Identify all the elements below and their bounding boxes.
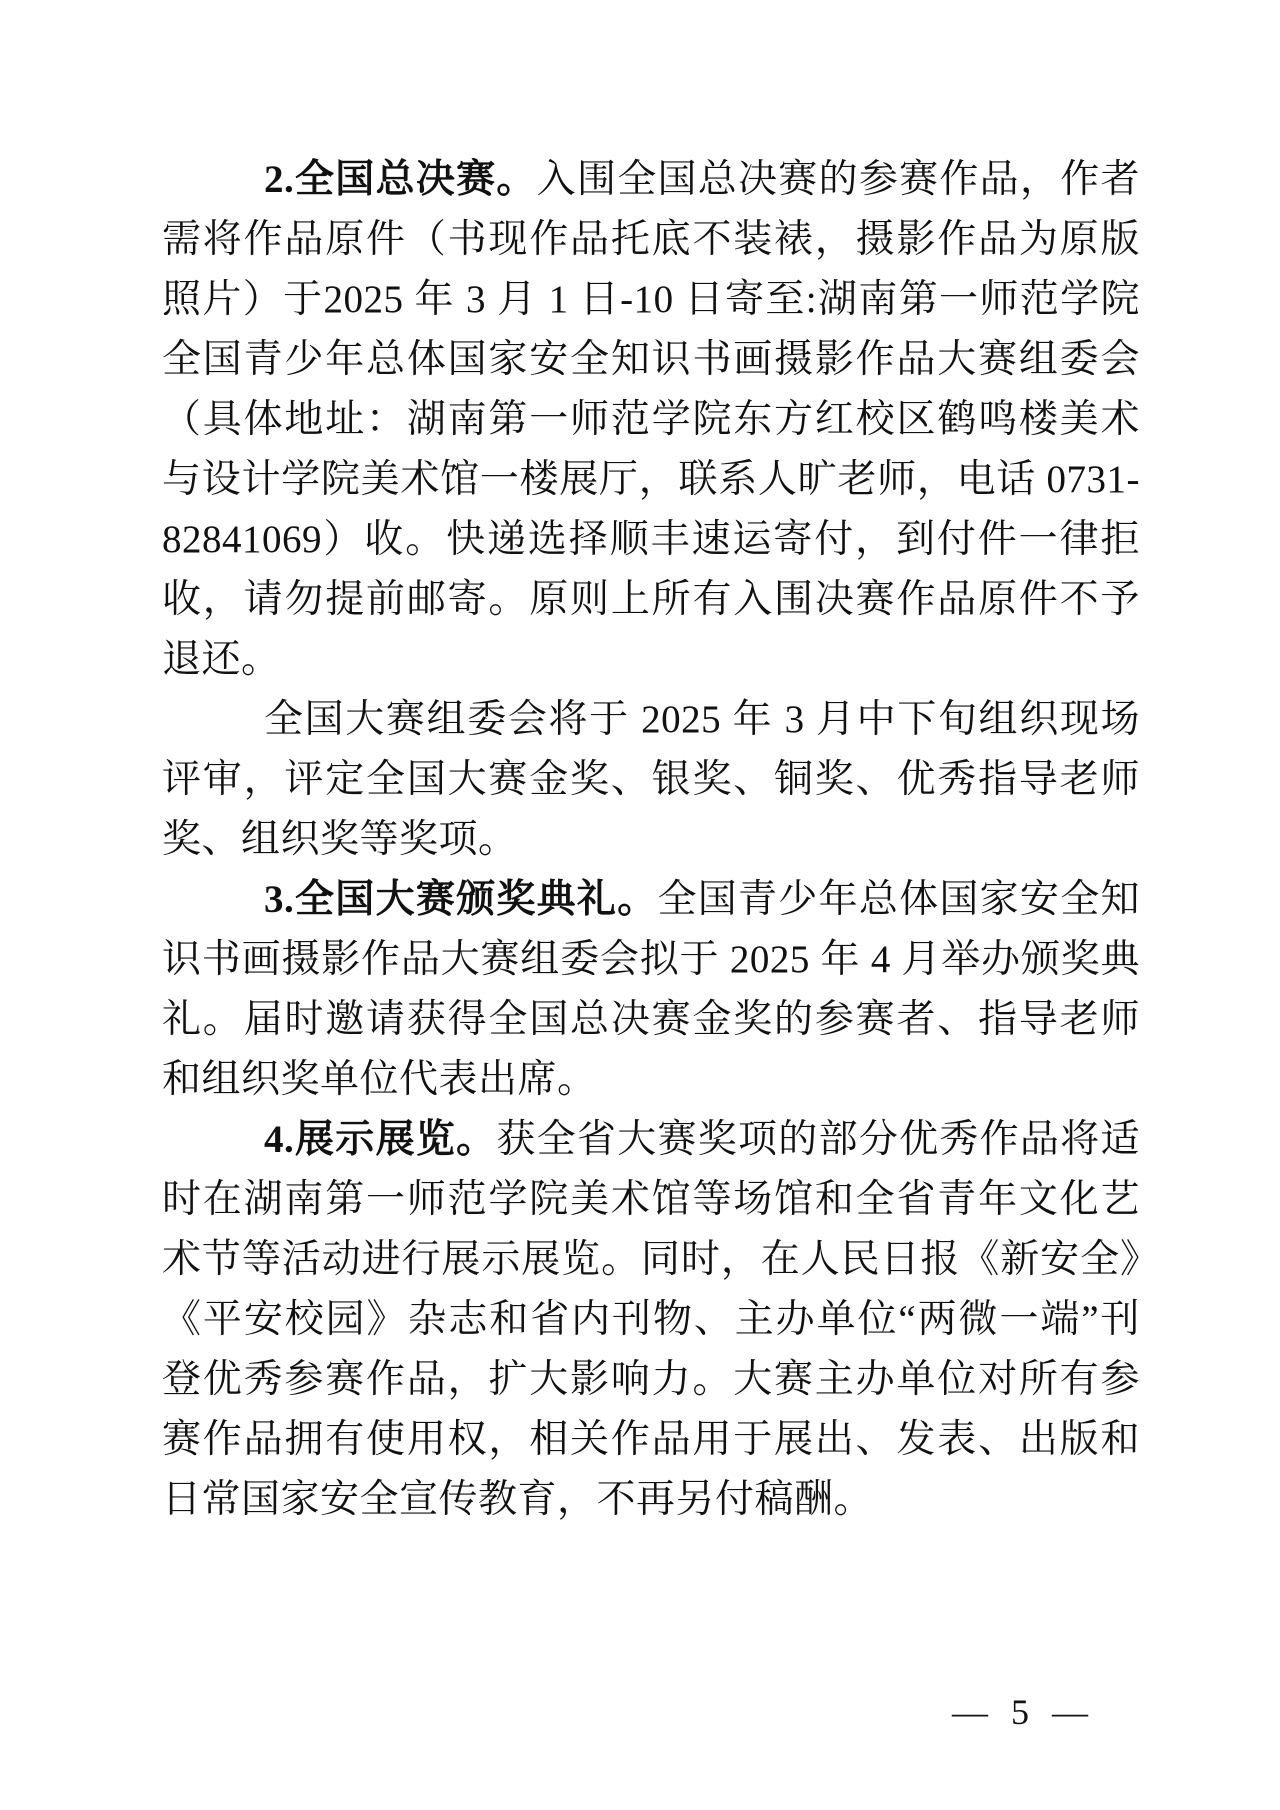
paragraph-exhibition-text: 获全省大赛奖项的部分优秀作品将适时在湖南第一师范学院美术馆等场馆和全省青年文化艺… <box>162 1118 1140 1521</box>
document-page: 2.全国总决赛。入围全国总决赛的参赛作品，作者需将作品原件（书现作品托底不装裱，… <box>0 0 1280 1810</box>
paragraph-judging: 全国大赛组委会将于 2025 年 3 月中下旬组织现场评审，评定全国大赛金奖、银… <box>162 690 1140 870</box>
paragraph-award-ceremony-lead: 3.全国大赛颁奖典礼。 <box>264 878 657 921</box>
paragraph-national-final-text: 入围全国总决赛的参赛作品，作者需将作品原件（书现作品托底不装裱，摄影作品为原版照… <box>162 158 1180 681</box>
paragraph-exhibition: 4.展示展览。获全省大赛奖项的部分优秀作品将适时在湖南第一师范学院美术馆等场馆和… <box>162 1110 1140 1530</box>
paragraph-national-final: 2.全国总决赛。入围全国总决赛的参赛作品，作者需将作品原件（书现作品托底不装裱，… <box>162 150 1140 690</box>
page-footer: — 5 — <box>952 1692 1090 1732</box>
document-body: 2.全国总决赛。入围全国总决赛的参赛作品，作者需将作品原件（书现作品托底不装裱，… <box>162 150 1140 1530</box>
paragraph-award-ceremony: 3.全国大赛颁奖典礼。全国青少年总体国家安全知识书画摄影作品大赛组委会拟于 20… <box>162 870 1140 1110</box>
paragraph-national-final-lead: 2.全国总决赛。 <box>264 158 537 201</box>
paragraph-exhibition-lead: 4.展示展览。 <box>264 1118 496 1161</box>
paragraph-judging-text: 全国大赛组委会将于 2025 年 3 月中下旬组织现场评审，评定全国大赛金奖、银… <box>162 698 1140 861</box>
page-number: — 5 — <box>952 1692 1090 1732</box>
